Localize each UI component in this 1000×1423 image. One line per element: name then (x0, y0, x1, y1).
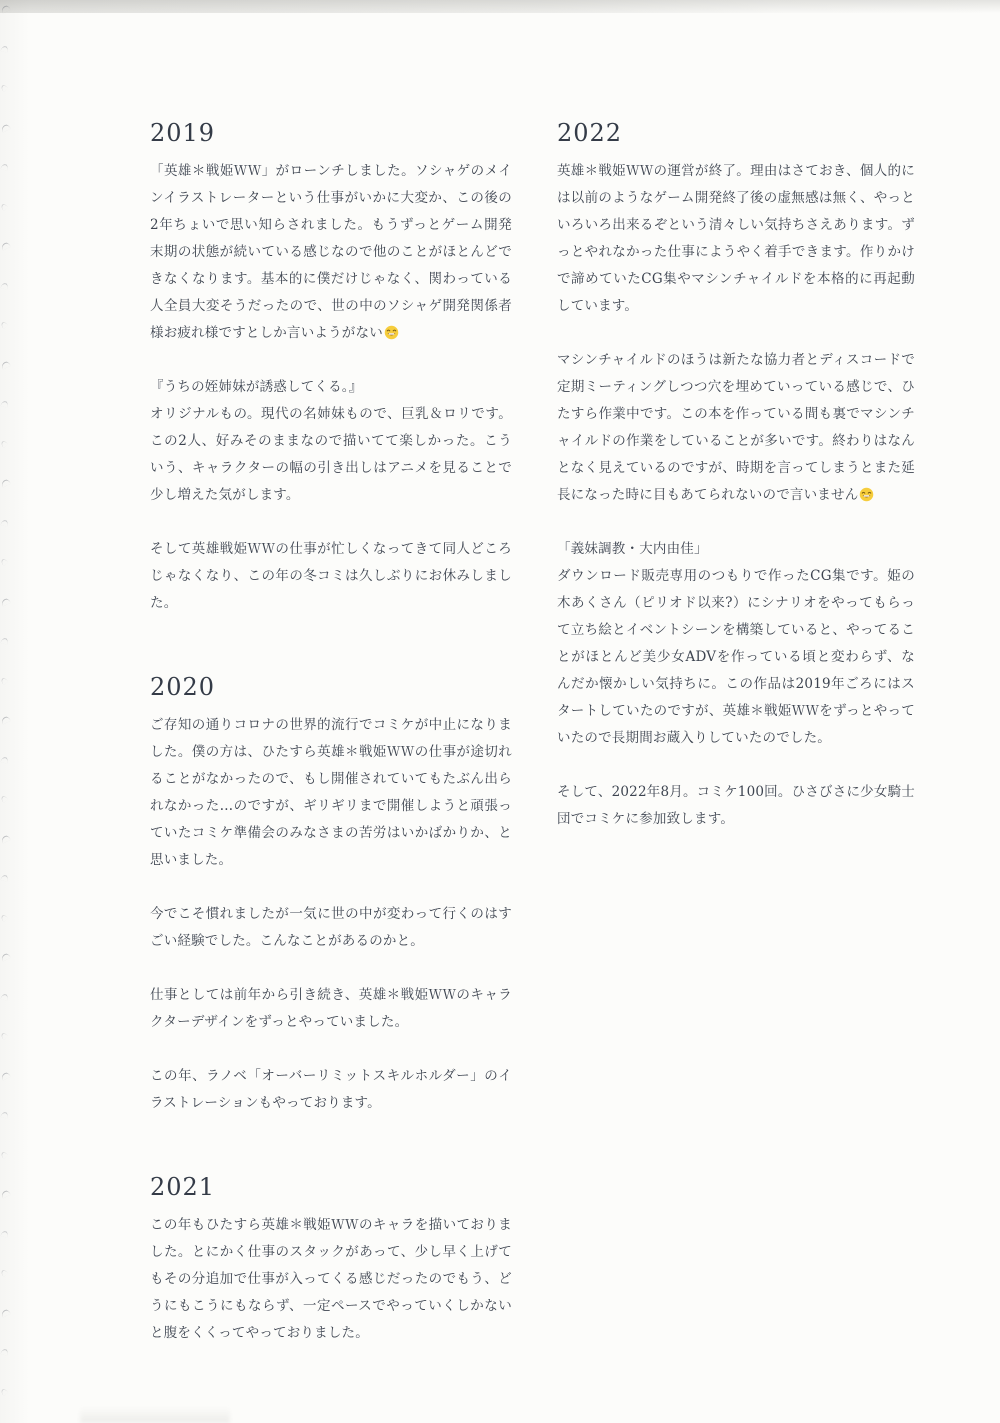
scan-edge-smudge-bottom (80, 1407, 230, 1423)
paragraph: ご存知の通りコロナの世界的流行でコミケが中止になりました。僕の方は、ひたすら英雄… (150, 712, 512, 874)
paragraph: この年、ラノベ「オーバーリミットスキルホルダー」のイラストレーションもやっており… (150, 1063, 512, 1117)
paragraph: 今でこそ慣れましたが一気に世の中が変わって行くのはすごい経験でした。こんなことが… (150, 901, 512, 955)
paragraph: ダウンロード販売専用のつもりで作ったCG集です。姫の木あくさん（ピリオド以来?）… (557, 563, 915, 752)
binding-marks (0, 0, 22, 1423)
scanned-afterword-page: 2019 「英雄＊戦姫ＷＷ」がローンチしました。ソシャゲのメインイラストレーター… (0, 0, 1000, 1423)
left-column: 2019 「英雄＊戦姫ＷＷ」がローンチしました。ソシャゲのメインイラストレーター… (150, 118, 512, 1374)
paragraph: 英雄＊戦姫ＷＷの運営が終了。理由はさておき、個人的には以前のようなゲーム開発終了… (557, 158, 915, 320)
paragraph: マシンチャイルドのほうは新たな協力者とディスコードで定期ミーティングしつつ穴を埋… (557, 347, 915, 509)
section-2021: 2021 この年もひたすら英雄＊戦姫ＷＷのキャラを描いておりました。とにかく仕事… (150, 1172, 512, 1347)
paragraph-text: マシンチャイルドのほうは新たな協力者とディスコードで定期ミーティングしつつ穴を埋… (557, 352, 915, 503)
grinning-face-emoji (859, 487, 874, 502)
year-heading-2020: 2020 (150, 672, 512, 702)
paragraph: 「英雄＊戦姫ＷＷ」がローンチしました。ソシャゲのメインイラストレーターという仕事… (150, 158, 512, 347)
grinning-face-with-sweat-emoji (384, 325, 399, 340)
paragraph: この年もひたすら英雄＊戦姫ＷＷのキャラを描いておりました。とにかく仕事のスタック… (150, 1212, 512, 1347)
section-2020: 2020 ご存知の通りコロナの世界的流行でコミケが中止になりました。僕の方は、ひ… (150, 672, 512, 1117)
year-heading-2021: 2021 (150, 1172, 512, 1202)
paragraph-text: 「英雄＊戦姫ＷＷ」がローンチしました。ソシャゲのメインイラストレーターという仕事… (150, 163, 512, 341)
section-2019: 2019 「英雄＊戦姫ＷＷ」がローンチしました。ソシャゲのメインイラストレーター… (150, 118, 512, 617)
paragraph: そして英雄戦姫ＷＷの仕事が忙しくなってきて同人どころじゃなくなり、この年の冬コミ… (150, 536, 512, 617)
year-heading-2019: 2019 (150, 118, 512, 148)
section-2022: 2022 英雄＊戦姫ＷＷの運営が終了。理由はさておき、個人的には以前のようなゲー… (557, 118, 915, 833)
year-heading-2022: 2022 (557, 118, 915, 148)
right-column: 2022 英雄＊戦姫ＷＷの運営が終了。理由はさておき、個人的には以前のようなゲー… (557, 118, 915, 860)
scan-edge-shadow-top (0, 0, 1000, 13)
paragraph: オリジナルもの。現代の名姉妹もので、巨乳＆ロリです。この2人、好みそのままなので… (150, 401, 512, 509)
work-title: 「義妹調教・大内由佳」 (557, 536, 915, 563)
paragraph: 仕事としては前年から引き続き、英雄＊戦姫ＷＷのキャラクターデザインをずっとやって… (150, 982, 512, 1036)
work-title: 『うちの姪姉妹が誘惑してくる。』 (150, 374, 512, 401)
paragraph: そして、2022年8月。コミケ100回。ひさびさに少女騎士団でコミケに参加致しま… (557, 779, 915, 833)
